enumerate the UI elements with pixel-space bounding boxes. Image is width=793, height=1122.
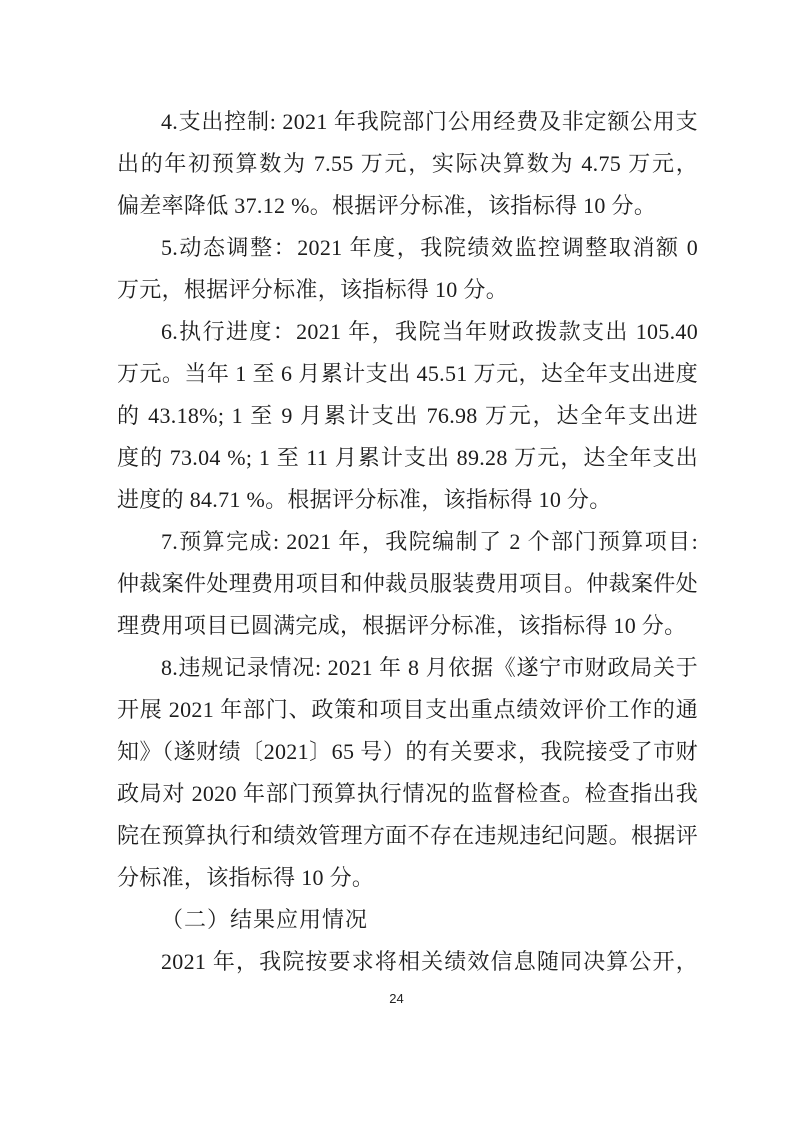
item-7-budget-completion-line-2: 仲裁案件处理费用项目和仲裁员服装费用项目。仲裁案件处 xyxy=(117,563,698,605)
item-6-execution-progress-line-5: 进度的 84.71 %。根据评分标准，该指标得 10 分。 xyxy=(117,479,698,521)
document-body: 4.支出控制: 2021 年我院部门公用经费及非定额公用支出的年初预算数为 7.… xyxy=(117,101,698,983)
page-footer: 24 xyxy=(0,991,793,1006)
item-4-expenditure-control-line-3: 偏差率降低 37.12 %。根据评分标准，该指标得 10 分。 xyxy=(117,185,698,227)
document-page: 4.支出控制: 2021 年我院部门公用经费及非定额公用支出的年初预算数为 7.… xyxy=(0,0,793,1122)
item-5-dynamic-adjustment-line-2: 万元，根据评分标准，该指标得 10 分。 xyxy=(117,269,698,311)
item-6-execution-progress: 6.执行进度：2021 年，我院当年财政拨款支出 105.40万元。当年 1 至… xyxy=(117,311,698,521)
item-8-violation-record-line-1: 8.违规记录情况: 2021 年 8 月依据《遂宁市财政局关于 xyxy=(117,647,698,689)
item-8-violation-record-line-4: 政局对 2020 年部门预算执行情况的监督检查。检查指出我 xyxy=(117,773,698,815)
item-4-expenditure-control-line-2: 出的年初预算数为 7.55 万元，实际决算数为 4.75 万元， xyxy=(117,143,698,185)
item-8-violation-record-line-6: 分标准，该指标得 10 分。 xyxy=(117,857,698,899)
item-8-violation-record-line-2: 开展 2021 年部门、政策和项目支出重点绩效评价工作的通 xyxy=(117,689,698,731)
item-6-execution-progress-line-2: 万元。当年 1 至 6 月累计支出 45.51 万元，达全年支出进度 xyxy=(117,353,698,395)
item-8-violation-record: 8.违规记录情况: 2021 年 8 月依据《遂宁市财政局关于开展 2021 年… xyxy=(117,647,698,899)
item-7-budget-completion: 7.预算完成: 2021 年，我院编制了 2 个部门预算项目:仲裁案件处理费用项… xyxy=(117,521,698,647)
item-5-dynamic-adjustment: 5.动态调整：2021 年度，我院绩效监控调整取消额 0万元，根据评分标准，该指… xyxy=(117,227,698,311)
para-performance-disclosure: 2021 年，我院按要求将相关绩效信息随同决算公开，并 xyxy=(117,941,698,983)
item-5-dynamic-adjustment-line-1: 5.动态调整：2021 年度，我院绩效监控调整取消额 0 xyxy=(117,227,698,269)
item-8-violation-record-line-3: 知》（遂财绩〔2021〕65 号）的有关要求，我院接受了市财 xyxy=(117,731,698,773)
item-6-execution-progress-line-4: 度的 73.04 %; 1 至 11 月累计支出 89.28 万元，达全年支出 xyxy=(117,437,698,479)
item-4-expenditure-control: 4.支出控制: 2021 年我院部门公用经费及非定额公用支出的年初预算数为 7.… xyxy=(117,101,698,227)
heading-result-application: （二）结果应用情况 xyxy=(117,899,698,941)
item-4-expenditure-control-line-1: 4.支出控制: 2021 年我院部门公用经费及非定额公用支 xyxy=(117,101,698,143)
item-8-violation-record-line-5: 院在预算执行和绩效管理方面不存在违规违纪问题。根据评 xyxy=(117,815,698,857)
item-7-budget-completion-line-3: 理费用项目已圆满完成，根据评分标准，该指标得 10 分。 xyxy=(117,605,698,647)
item-6-execution-progress-line-3: 的 43.18%; 1 至 9 月累计支出 76.98 万元，达全年支出进 xyxy=(117,395,698,437)
item-7-budget-completion-line-1: 7.预算完成: 2021 年，我院编制了 2 个部门预算项目: xyxy=(117,521,698,563)
para-performance-disclosure-line-1: 2021 年，我院按要求将相关绩效信息随同决算公开，并 xyxy=(117,941,698,983)
heading-result-application-line-1: （二）结果应用情况 xyxy=(117,899,698,941)
page-number: 24 xyxy=(389,991,403,1006)
item-6-execution-progress-line-1: 6.执行进度：2021 年，我院当年财政拨款支出 105.40 xyxy=(117,311,698,353)
